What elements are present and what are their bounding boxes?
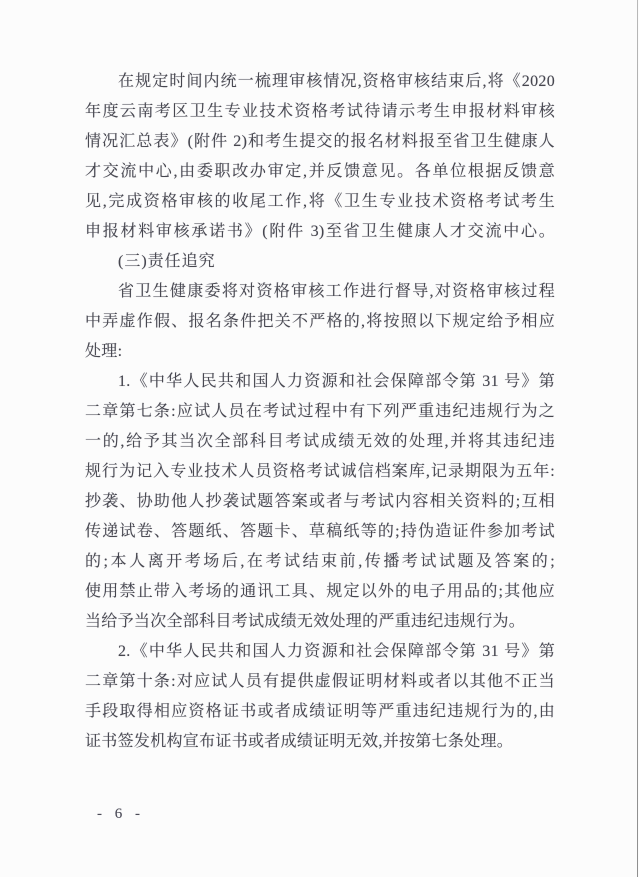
text-line: 处理:	[85, 337, 555, 367]
text-line: 传递试卷、答题纸、答题卡、草稿纸等的;持伪造证件参加考试	[85, 517, 555, 547]
text-line: 1.《中华人民共和国人力资源和社会保障部令第 31 号》第	[85, 367, 555, 397]
text-line: 年度云南考区卫生专业技术资格考试待请示考生申报材料审核	[85, 97, 555, 127]
text-line: 中弄虚作假、报名条件把关不严格的,将按照以下规定给予相应	[85, 307, 555, 337]
text-line: 2.《中华人民共和国人力资源和社会保障部令第 31 号》第	[85, 637, 555, 667]
text-line: 情况汇总表》(附件 2)和考生提交的报名材料报至省卫生健康人	[85, 127, 555, 157]
text-line: 手段取得相应资格证书或者成绩证明等严重违纪违规行为的,由	[85, 697, 555, 727]
text-line: 二章第七条:应试人员在考试过程中有下列严重违纪违规行为之	[85, 397, 555, 427]
text-line: 抄袭、协助他人抄袭试题答案或者与考试内容相关资料的;互相	[85, 487, 555, 517]
text-line: 才交流中心,由委职改办审定,并反馈意见。各单位根据反馈意	[85, 157, 555, 187]
text-line: 在规定时间内统一梳理审核情况,资格审核结束后,将《2020	[85, 67, 555, 97]
section-heading: (三)责任追究	[85, 247, 555, 277]
text-line: 的;本人离开考场后,在考试结束前,传播考试试题及答案的;	[85, 547, 555, 577]
text-line: 省卫生健康委将对资格审核工作进行督导,对资格审核过程	[85, 277, 555, 307]
text-line: 证书签发机构宣布证书或者成绩证明无效,并按第七条处理。	[85, 727, 555, 757]
text-line: 二章第十条:对应试人员有提供虚假证明材料或者以其他不正当	[85, 667, 555, 697]
text-line: 一的,给予其当次全部科目考试成绩无效的处理,并将其违纪违	[85, 427, 555, 457]
text-line: 规行为记入专业技术人员资格考试诚信档案库,记录期限为五年:	[85, 457, 555, 487]
scan-edge-line	[637, 0, 639, 877]
text-line: 申报材料审核承诺书》(附件 3)至省卫生健康人才交流中心。	[85, 217, 555, 247]
page-number: - 6 -	[97, 806, 141, 823]
scanned-document-page: 在规定时间内统一梳理审核情况,资格审核结束后,将《2020年度云南考区卫生专业技…	[0, 0, 639, 877]
document-body: 在规定时间内统一梳理审核情况,资格审核结束后,将《2020年度云南考区卫生专业技…	[85, 67, 555, 757]
text-line: 当给予当次全部科目考试成绩无效处理的严重违纪违规行为。	[85, 607, 555, 637]
text-line: 见,完成资格审核的收尾工作,将《卫生专业技术资格考试考生	[85, 187, 555, 217]
text-line: 使用禁止带入考场的通讯工具、规定以外的电子用品的;其他应	[85, 577, 555, 607]
